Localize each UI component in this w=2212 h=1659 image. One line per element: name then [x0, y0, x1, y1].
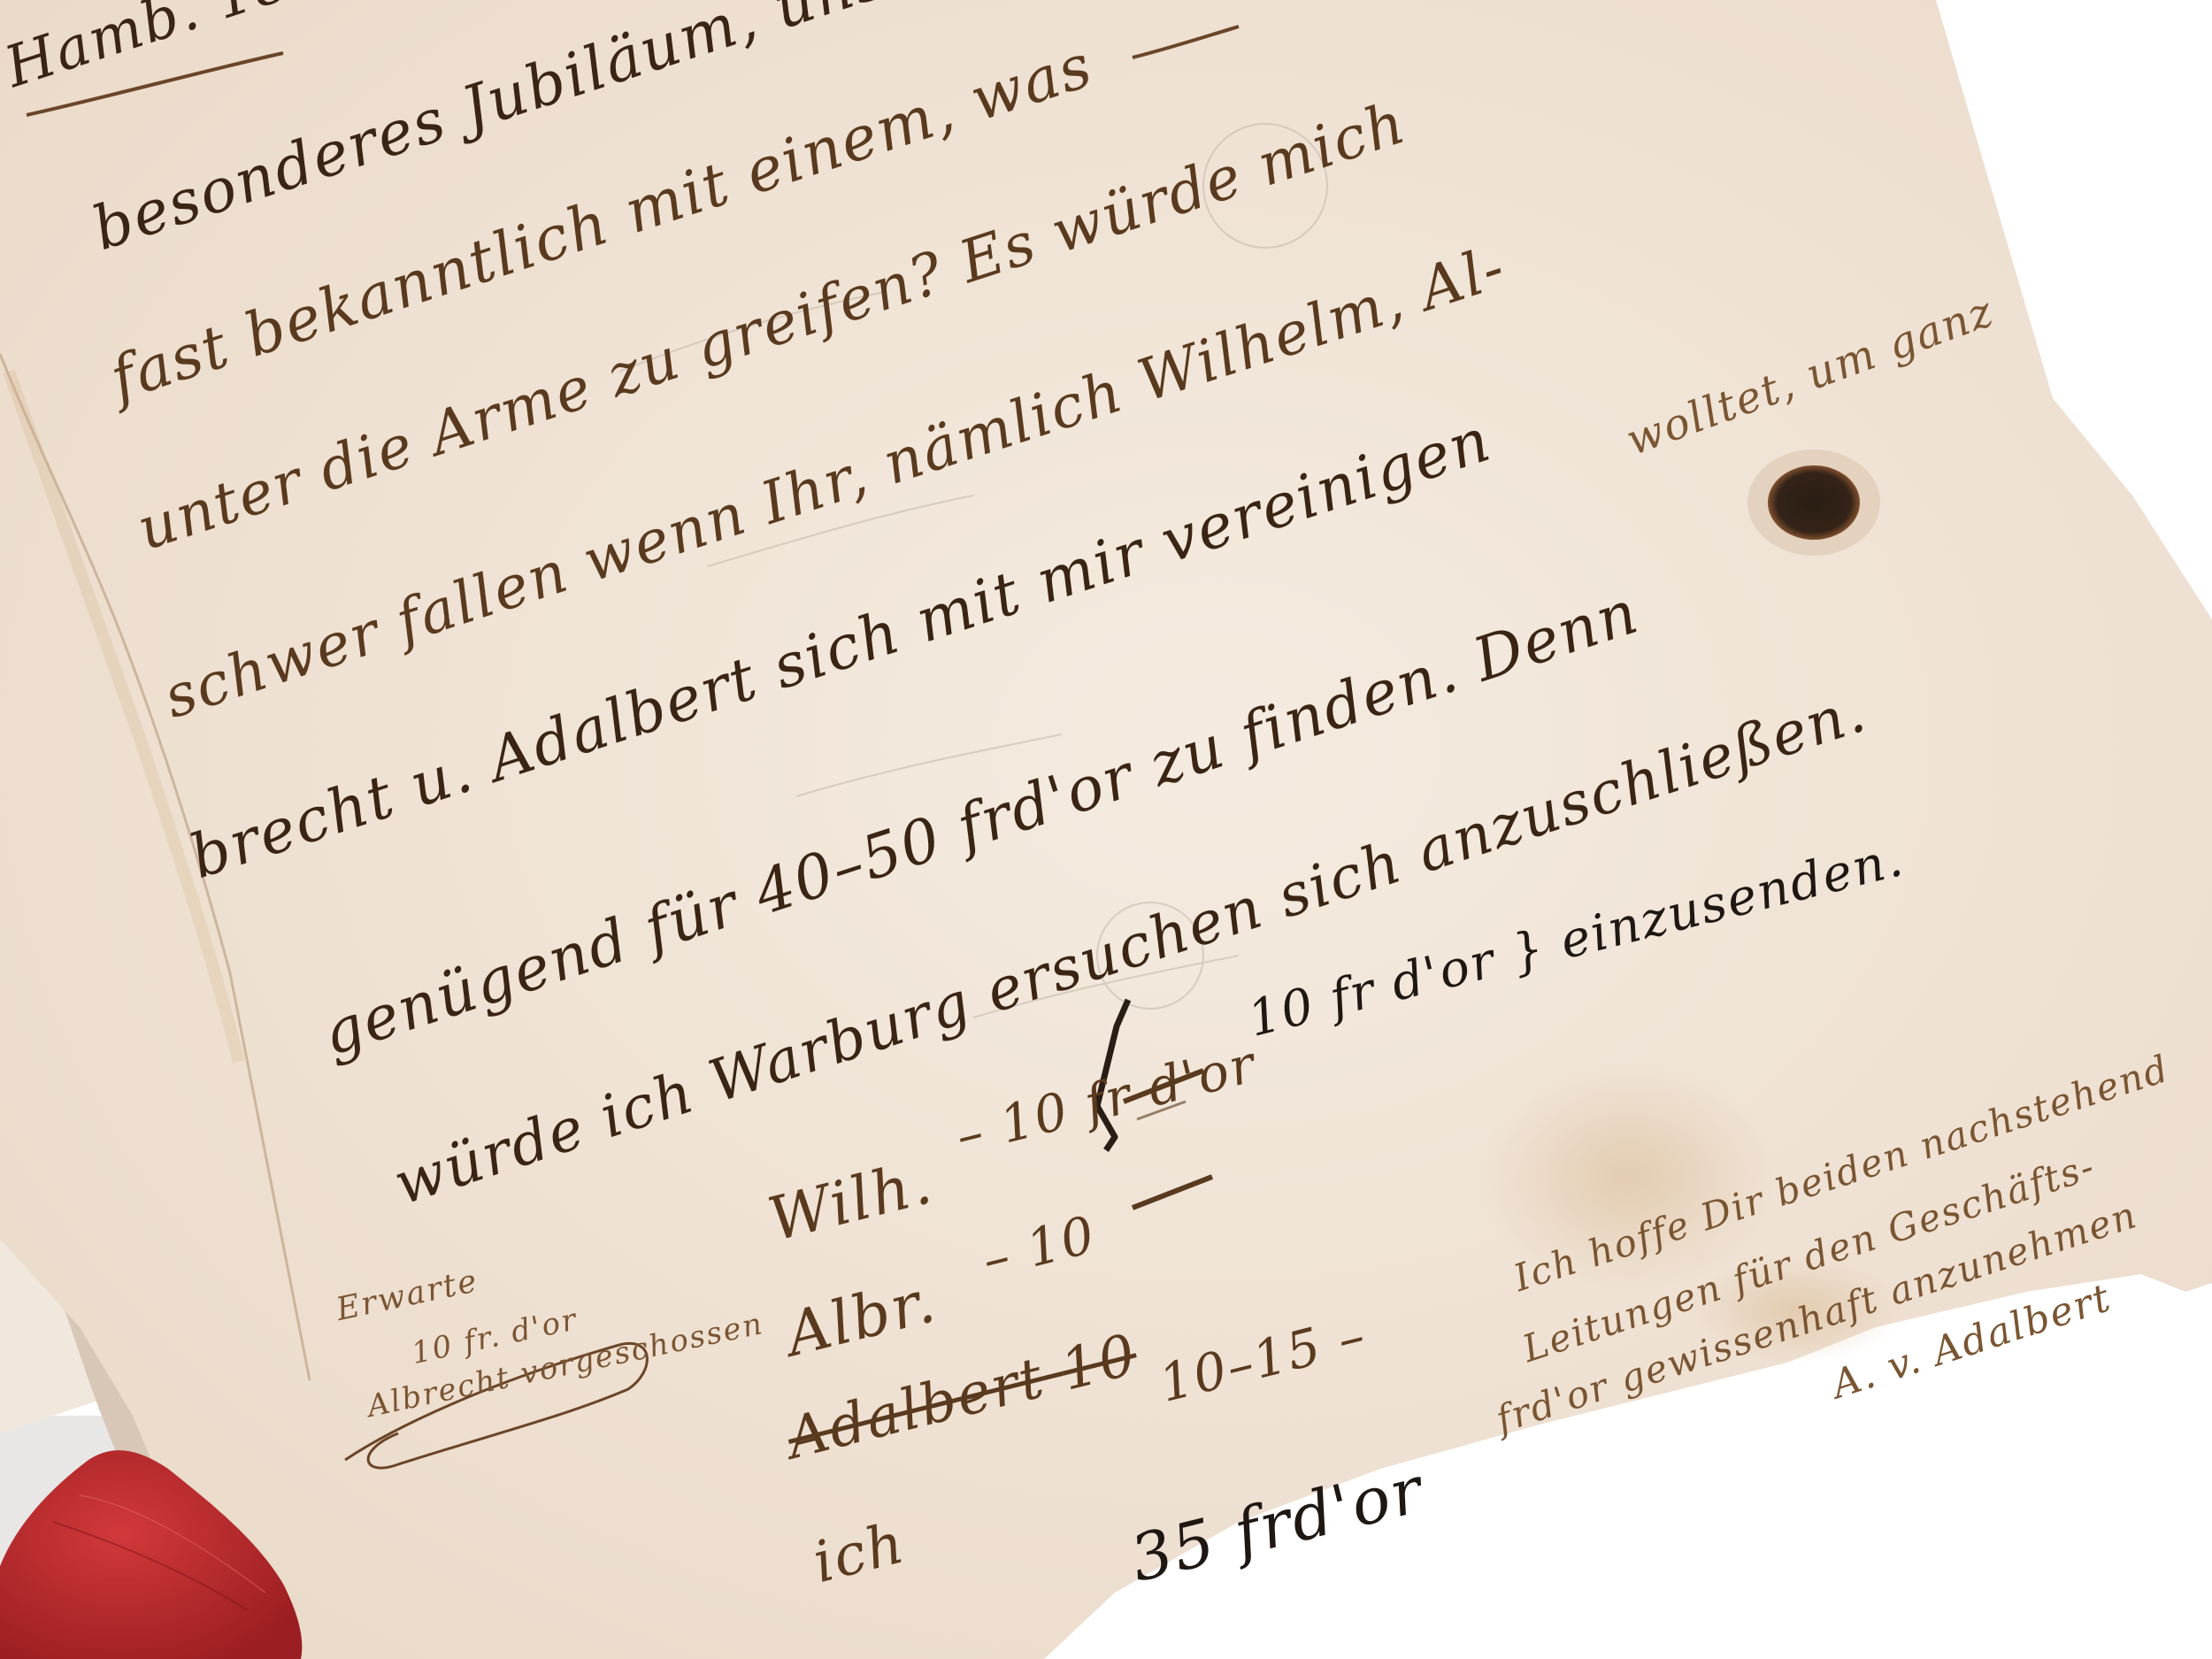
- document-photo: Hamb. 18.. — Jubiläum besonderes Jubiläu…: [0, 0, 2212, 1659]
